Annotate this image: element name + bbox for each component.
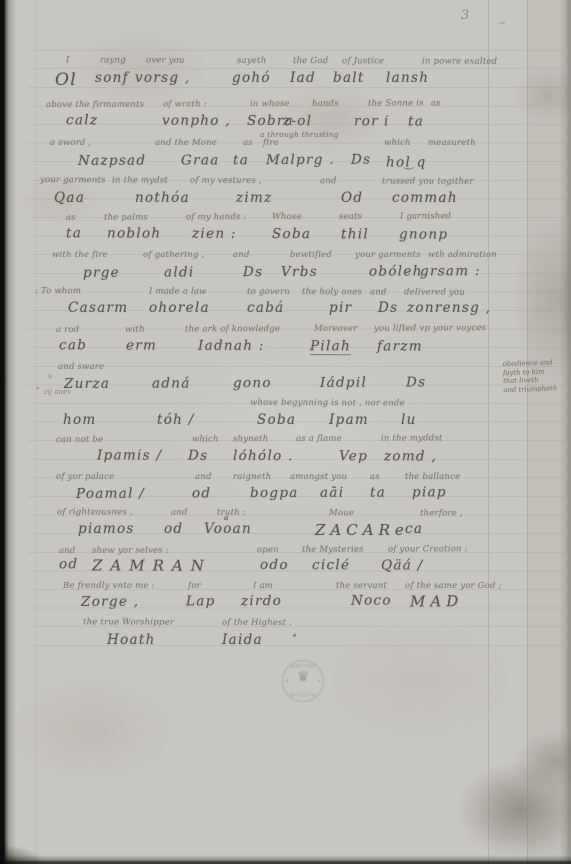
word: Ds (406, 374, 426, 390)
word: MAD (410, 592, 463, 610)
library-stamp: BRITISH ♛ • • MUSEUM (282, 660, 324, 702)
word: cab (59, 337, 87, 353)
word: gnonp (399, 226, 448, 242)
word: the ark of knowledge (185, 324, 280, 334)
enochian-line: CasarmohorelacabápirDszonrensg , (0, 300, 571, 320)
word: of my vestures , (190, 176, 262, 186)
word: lansh (386, 70, 429, 86)
word: a rod (56, 325, 79, 335)
word: farzm (377, 338, 423, 354)
word: Iadnah : (198, 338, 265, 354)
word: calz (66, 112, 98, 128)
enochian-line: prgealdiDsVrbsobólehgrsam : (0, 263, 571, 285)
enochian-line: NazpsadGraataMalprg .Dshol q (0, 151, 571, 173)
word: I garnished (400, 211, 451, 221)
word: Casarm (68, 300, 128, 316)
word: with the fire (52, 250, 108, 260)
word: the true Worshipper (83, 617, 174, 627)
word: piap (412, 484, 447, 500)
word: hands (312, 99, 339, 109)
word: lu (401, 412, 417, 428)
word: Whose (272, 212, 302, 222)
word: erm (126, 337, 157, 353)
margin-scribble: zij anev (44, 388, 71, 396)
word: as (66, 213, 76, 223)
word: and (171, 508, 188, 518)
word: Noco (351, 593, 392, 609)
word: thil (341, 226, 369, 242)
word: the Mysteries (302, 545, 364, 555)
word: the holy ones (302, 287, 362, 297)
word: Iaida (222, 632, 263, 648)
page-edge-bottom-shadow (0, 855, 571, 864)
enochian-line: QaanothóazimzOdcommah (0, 190, 571, 210)
word: Moue (329, 508, 354, 518)
word: raigneth (233, 472, 271, 482)
word: Hoath (107, 632, 156, 648)
word: seats (339, 212, 362, 222)
word: bogpa (250, 485, 299, 501)
word: aāi (320, 485, 344, 501)
word: a sword , (50, 138, 91, 148)
word: ZAMRAN (92, 556, 212, 574)
word: Pilah (310, 338, 351, 355)
stamp-bottom-text: MUSEUM (289, 693, 318, 698)
word: the palms (104, 213, 148, 223)
folio-number: 3 (461, 8, 469, 23)
word: amongst you (290, 472, 347, 482)
word: lóhólo . (233, 448, 294, 464)
word: and (59, 546, 76, 556)
word: I (66, 55, 70, 65)
word: Ds (243, 264, 263, 280)
enochian-line: Poamal /odbogpaaāitapiap (0, 484, 571, 506)
word: whose begynning is not , nor ende (250, 398, 405, 409)
word: Ds (378, 300, 398, 316)
word: cabá (247, 300, 285, 316)
word: zomd , (384, 448, 437, 464)
stamp-dot-right: • (317, 678, 321, 685)
word: and (370, 287, 387, 297)
word: I am (253, 581, 273, 591)
enochian-line: cabermIadnah :Pilahfarzm (0, 337, 571, 359)
word: to govern (247, 287, 290, 297)
word: of wrath : (163, 99, 207, 109)
word: Ipam (329, 412, 369, 428)
word: in the mydst (112, 175, 168, 185)
word: as (431, 98, 441, 108)
word: of your Creation : (388, 544, 468, 554)
word: and the Mone (155, 138, 217, 148)
margin-scribble: ⁎ (36, 384, 40, 392)
page-edge-right-shadow (559, 0, 571, 864)
word: nobloh (107, 225, 161, 241)
word: you lifted vp your voyces (374, 323, 486, 333)
word: in the myddst (381, 433, 443, 443)
word: zirdo (241, 593, 282, 609)
margin-scribble: u (48, 372, 53, 380)
word: wth admiration (428, 250, 497, 260)
word: Ds (188, 448, 208, 464)
word: and sware (58, 362, 104, 372)
word: tóh / (157, 412, 195, 428)
word: Soba (272, 226, 311, 242)
word: adná (152, 375, 191, 391)
word: piamos (78, 521, 135, 537)
word: Graa (181, 152, 220, 168)
word: od (192, 485, 211, 501)
word: Moreover (314, 324, 358, 334)
word: Ipamis / (97, 447, 162, 463)
enochian-line: odZAMRANodocicléQäá / (0, 556, 571, 578)
word: and (195, 472, 212, 482)
word: Ol (55, 70, 77, 90)
word: with (125, 325, 145, 335)
word: as a flame (296, 434, 342, 444)
word: Ds (351, 152, 371, 168)
word: truth : (217, 508, 246, 518)
word: balt (333, 70, 365, 86)
enochian-line: Ipamis /Dslóhólo .Vepzomd , (0, 447, 571, 469)
word: : To whom (35, 286, 81, 296)
word: measureth (428, 138, 476, 148)
enochian-line: Zorge ,LapzirdoNocoMAD (0, 592, 571, 614)
word: for (188, 581, 201, 591)
word: delivered you (404, 287, 465, 297)
enochian-line: homtóh /SobaIpamlu (0, 412, 571, 432)
word: odo (260, 557, 289, 573)
enochian-line: piamosodaVooanZACAReca (0, 521, 571, 541)
word: in powre exalted (422, 56, 497, 66)
word: zimz (236, 190, 273, 206)
word: Nazpsad (78, 153, 146, 169)
word: shew yor selves : (92, 546, 169, 556)
word: ta (66, 225, 82, 241)
binding-edge-shadow (0, 0, 16, 864)
word: and (320, 176, 337, 186)
word: Poamal / (76, 486, 145, 502)
word: of the same yor God ; (405, 581, 502, 591)
word: I made a law (149, 287, 207, 297)
word: ca (405, 521, 423, 537)
word: ta (408, 113, 424, 129)
word: ohorela (149, 300, 210, 316)
word: zonrensg , (407, 300, 491, 316)
word: od (59, 556, 78, 572)
enochian-line: tanoblohzien :Sobathilgnonp (0, 225, 571, 247)
word: ciclé (312, 557, 350, 573)
corner-mark: ~ (497, 17, 507, 30)
word: od (164, 521, 183, 537)
word: Vrbs (281, 264, 318, 280)
word: and (233, 250, 250, 260)
word: trussed you togither (382, 176, 474, 186)
word: shyneth (233, 434, 268, 444)
corner-shadow-bottom-left (0, 838, 60, 864)
word: Od (341, 190, 363, 206)
word: prge (83, 265, 120, 281)
word: fire (263, 138, 279, 148)
word: can not be (56, 435, 103, 445)
word: hom (63, 412, 97, 428)
word: ta (233, 152, 249, 168)
word: gono (233, 375, 272, 391)
word: zien : (192, 226, 237, 242)
word: over you (146, 56, 185, 66)
word: Lap (186, 593, 216, 609)
word: ✦ (291, 632, 298, 640)
word: which (192, 434, 219, 444)
word: the God (293, 56, 328, 66)
word: Vooan (204, 521, 252, 537)
word: obóleh (369, 263, 423, 279)
word: of yor palace (56, 472, 114, 482)
word: bewtified (290, 250, 332, 260)
word: vonpho , (162, 113, 231, 129)
word: Qäá / (381, 557, 424, 573)
word: above the firmaments (46, 100, 144, 110)
word: pir (329, 300, 352, 316)
word: nothóa (135, 190, 190, 206)
word: your garments (355, 250, 421, 260)
word: Vep (339, 448, 368, 464)
word: commah (392, 190, 458, 206)
word: open (257, 545, 279, 555)
word: hol q (386, 154, 427, 170)
word: of righteousnes , (57, 507, 133, 517)
word: gohó (232, 70, 271, 86)
word: in whose (250, 99, 290, 109)
word: sayeth (237, 56, 266, 66)
word: grsam : (420, 263, 481, 279)
enochian-line: ZurzaadnágonoIádpilDs (0, 374, 571, 396)
word: ror (354, 113, 379, 129)
word: the ballance (405, 472, 460, 482)
word: as (370, 472, 380, 482)
word: therfore , (420, 508, 463, 518)
word: z-ol (283, 113, 312, 129)
word: Iádpil (320, 375, 367, 391)
word: aldi (164, 264, 195, 280)
word: the Sonne is (368, 98, 424, 108)
word: Be frendly vnto me : (63, 581, 155, 591)
word: Qaa (54, 190, 85, 206)
word: of the Highest . (222, 618, 292, 628)
manuscript-page: 3 ~ Irayngover yousayeththe Godof Justic… (0, 0, 571, 864)
word: as (243, 138, 253, 148)
word: Soba (257, 412, 296, 428)
word: rayng (100, 55, 126, 65)
enochian-line: Olsonfvorsg ,gohóIadbaltlansh (0, 70, 571, 90)
word: ta (370, 485, 386, 501)
word: of my hands : (186, 212, 247, 222)
word: your garments (40, 175, 106, 185)
word: of Justice (342, 56, 384, 66)
word: which (384, 138, 411, 148)
word: Malprg . (266, 152, 335, 168)
word: sonf (95, 70, 129, 86)
stamp-dot-left: • (285, 678, 289, 685)
word: i (384, 113, 390, 129)
word: Iad (290, 70, 316, 86)
word: the servant (336, 581, 387, 591)
word: vorsg , (135, 70, 190, 86)
word: ZACARe (315, 521, 409, 539)
enochian-line: HoathIaida✦ (0, 632, 571, 652)
manuscript-scan: 3 ~ Irayngover yousayeththe Godof Justic… (0, 0, 571, 864)
word: Zorge , (81, 594, 139, 610)
word: of gathering , (143, 250, 204, 260)
